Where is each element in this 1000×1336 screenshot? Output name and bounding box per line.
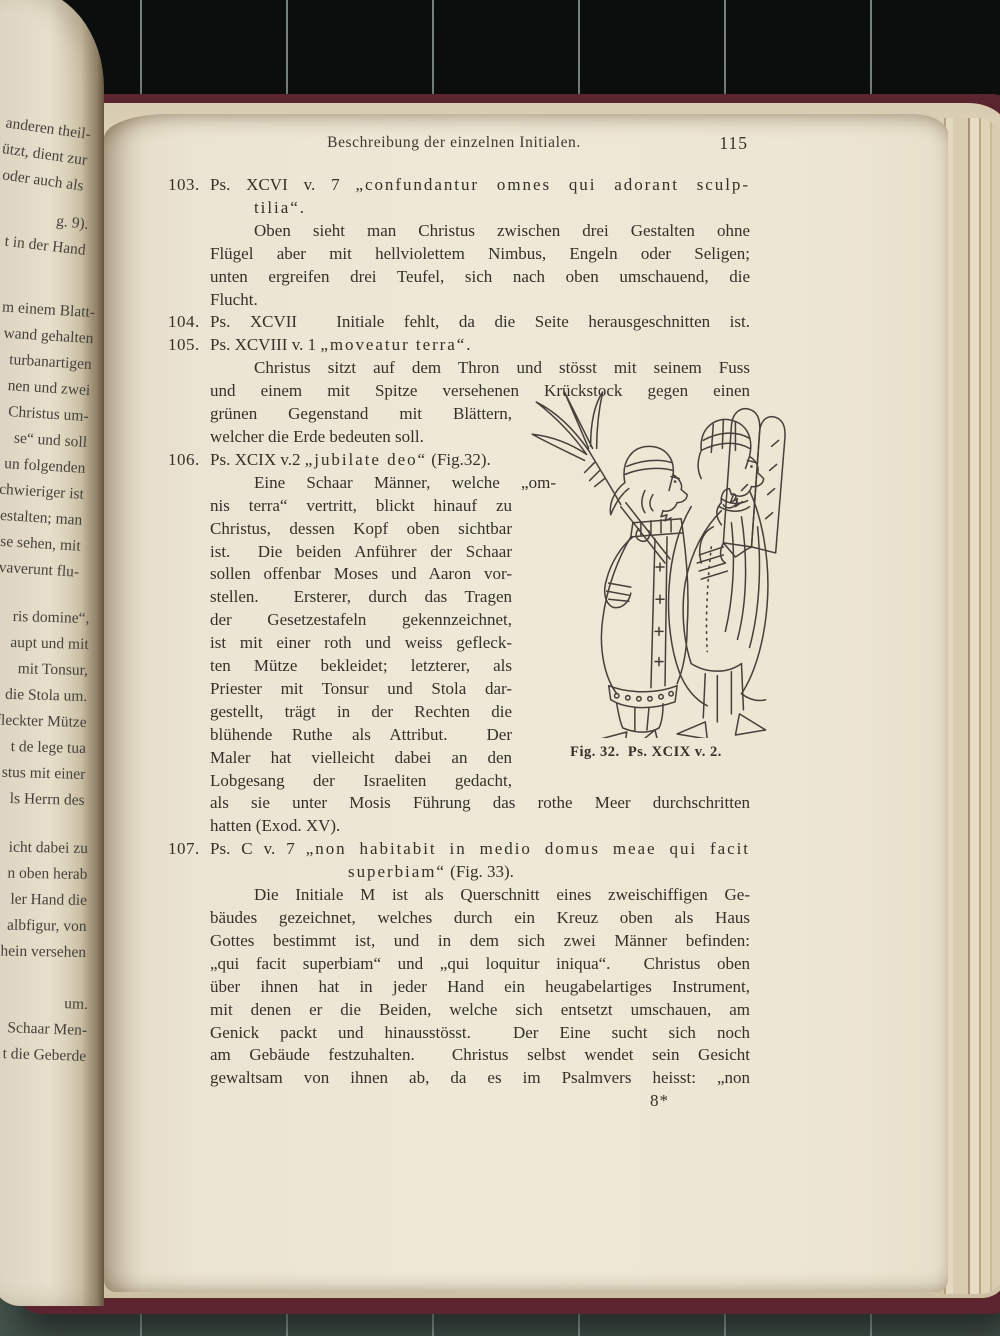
text-line: tilia“. (210, 197, 750, 220)
text-line: ten Mütze bekleidet; letzterer, als (210, 655, 512, 678)
text-segment: Flucht. (210, 290, 258, 309)
text-segment: Oben sieht man Christus zwischen drei Ge… (254, 221, 750, 240)
text-segment: Ps. XCIX v.2 (210, 450, 305, 469)
text-line: Oben sieht man Christus zwischen drei Ge… (210, 220, 750, 243)
left-page-line-fragment: albfigur, von (0, 912, 87, 940)
left-page-line-fragment: stus mit einer (0, 759, 86, 788)
text-segment: 8* (650, 1091, 669, 1110)
left-page-paragraph-fragment: ris domine“,aupt und mitmit Tonsur,die S… (0, 603, 90, 813)
text-segment: Priester mit Tonsur und Stola dar- (210, 679, 512, 698)
text-segment: Eine Schaar Männer, welche „om- (254, 473, 556, 492)
text-line: 106.Ps. XCIX v.2 „jubilate deo“ (Fig.32)… (210, 449, 512, 472)
text-line: 105.Ps. XCVIII v. 1 „moveatur terra“. (210, 334, 750, 357)
text-line: Christus, dessen Kopf oben sichtbar (210, 518, 512, 541)
latin-quote-spaced: „moveatur terra“. (320, 335, 472, 354)
latin-quote-spaced: „non habitabit in medio domus meae qui f… (306, 839, 750, 858)
text-segment: ten Mütze bekleidet; letzterer, als (210, 656, 512, 675)
running-title: Beschreibung der einzelnen Initialen. (184, 134, 724, 152)
text-segment: gestellt, trägt in der Rechten die (210, 702, 512, 721)
left-page-text-fragments: anderen theil-ützt, dient zuroder auch a… (0, 122, 97, 1070)
text-line: Flügel aber mit hellviolettem Nimbus, En… (210, 243, 750, 266)
text-segment: welcher die Erde bedeuten soll. (210, 427, 424, 446)
text-segment: am Gebäude festzuhalten. Christus selbst… (210, 1045, 750, 1064)
text-segment: (Fig.32). (427, 450, 491, 469)
left-page-paragraph-fragment: g. 9).t in der Hand (0, 201, 90, 264)
left-page-line-fragment: Schaar Men- (0, 1015, 87, 1044)
left-page-paragraph-fragment: anderen theil-ützt, dient zuroder auch a… (0, 109, 92, 200)
entry-number: 104. (168, 311, 200, 334)
entry-number: 103. (168, 174, 200, 197)
text-line: als sie unter Mosis Führung das rothe Me… (210, 792, 750, 815)
text-line: Die Initiale M ist als Querschnitt eines… (210, 884, 750, 907)
text-line: „qui facit superbiam“ und „qui loquitur … (210, 953, 750, 976)
entry-number: 107. (168, 838, 200, 861)
left-page-partial: anderen theil-ützt, dient zuroder auch a… (0, 0, 104, 1306)
entry-number: 105. (168, 334, 200, 357)
text-line: Maler hat vielleicht dabei an den (210, 747, 512, 770)
text-segment: Genick packt und hinausstösst. Der Eine … (210, 1023, 750, 1042)
latin-quote-spaced: tilia“. (254, 198, 306, 217)
fig-32-illustration (524, 386, 796, 738)
left-page-line-fragment: die Stola um. (0, 681, 88, 710)
text-segment: Lobgesang der Israeliten gedacht, (210, 771, 512, 790)
text-line: Priester mit Tonsur und Stola dar- (210, 678, 512, 701)
left-page-line-fragment: ler Hand die (0, 886, 87, 914)
text-line: bäudes gezeichnet, welches durch ein Kre… (210, 907, 750, 930)
text-line: ist. Die beiden Anführer der Schaar (210, 541, 512, 564)
text-line: Gottes bestimmt ist, und in dem sich zwe… (210, 930, 750, 953)
text-line: superbiam“ (Fig. 33). (210, 861, 750, 884)
left-page-line-fragment: ls Herrn des (0, 785, 85, 814)
entry-number: 106. (168, 449, 200, 472)
text-segment: Ps. XCVI v. 7 (210, 175, 355, 194)
figure-caption: Fig. 32. Ps. XCIX v. 2. (496, 744, 796, 761)
text-line: 103.Ps. XCVI v. 7 „confundantur omnes qu… (210, 174, 750, 197)
signature-mark: 8* (650, 1090, 750, 1113)
left-page-line-fragment: t die Geberde (0, 1041, 87, 1070)
text-segment: ist. Die beiden Anführer der Schaar (210, 542, 512, 561)
left-page-paragraph-fragment: um.Schaar Men-t die Geberde (0, 989, 88, 1070)
latin-quote-spaced: superbiam“ (348, 862, 446, 881)
text-segment: Ps. XCVIII v. 1 (210, 335, 320, 354)
text-line: 104.Ps. XCVII Initiale fehlt, da die Sei… (210, 311, 750, 334)
text-line: ist mit einer roth und weiss gefleck- (210, 632, 512, 655)
text-line: am Gebäude festzuhalten. Christus selbst… (210, 1044, 750, 1067)
text-segment: mit denen er die Beiden, welche sich ent… (210, 1000, 750, 1019)
latin-quote-spaced: „confundantur omnes qui adorant sculp- (355, 175, 750, 194)
text-line: gewaltsam von ihnen ab, da es im Psalmve… (210, 1067, 750, 1090)
text-line: sollen offenbar Moses und Aaron vor- (210, 563, 512, 586)
text-segment: Die Initiale M ist als Querschnitt eines… (254, 885, 750, 904)
text-segment: Gottes bestimmt ist, und in dem sich zwe… (210, 931, 750, 950)
text-line: grünen Gegenstand mit Blättern, (210, 403, 512, 426)
text-line: über ihnen hat in jeder Hand ein heugabe… (210, 976, 750, 999)
left-page-line-fragment: aupt und mit (0, 629, 89, 658)
text-line: stellen. Ersterer, durch das Tragen (210, 586, 512, 609)
text-segment: stellen. Ersterer, durch das Tragen (210, 587, 512, 606)
text-segment: Christus, dessen Kopf oben sichtbar (210, 519, 512, 538)
text-segment: hatten (Exod. XV). (210, 816, 340, 835)
left-page-line-fragment: hein versehen (0, 938, 86, 966)
text-line: Lobgesang der Israeliten gedacht, (210, 770, 512, 793)
text-segment: nis terra“ vertritt, blickt hinauf zu (210, 496, 512, 515)
text-line: Eine Schaar Männer, welche „om- (210, 472, 556, 495)
text-line: hatten (Exod. XV). (210, 815, 750, 838)
text-line: Genick packt und hinausstösst. Der Eine … (210, 1022, 750, 1045)
text-segment: bäudes gezeichnet, welches durch ein Kre… (210, 908, 750, 927)
text-segment: (Fig. 33). (446, 862, 514, 881)
two-figures-drawing (524, 386, 796, 738)
text-line: unten ergreifen drei Teufel, sich nach o… (210, 266, 750, 289)
text-segment: „qui facit superbiam“ und „qui loquitur … (210, 954, 750, 973)
text-segment: Flügel aber mit hellviolettem Nimbus, En… (210, 244, 750, 263)
text-segment: als sie unter Mosis Führung das rothe Me… (210, 793, 750, 812)
text-line: nis terra“ vertritt, blickt hinauf zu (210, 495, 512, 518)
text-segment: Ps. XCVII Initiale fehlt, da die Seite h… (210, 312, 750, 331)
right-page: Beschreibung der einzelnen Initialen. 11… (104, 114, 948, 1292)
text-segment: grünen Gegenstand mit Blättern, (210, 404, 512, 423)
text-line: der Gesetzestafeln gekennzeichnet, (210, 609, 512, 632)
left-page-paragraph-fragment: icht dabei zun oben herabler Hand diealb… (0, 834, 88, 966)
text-segment: Ps. C v. 7 (210, 839, 306, 858)
left-page-paragraph-fragment: m einem Blatt-wand gehaltenturbanartigen… (0, 294, 96, 585)
text-line: welcher die Erde bedeuten soll. (210, 426, 512, 449)
text-line: gestellt, trägt in der Rechten die (210, 701, 512, 724)
text-segment: über ihnen hat in jeder Hand ein heugabe… (210, 977, 750, 996)
text-segment: blühende Ruthe als Attribut. Der (210, 725, 512, 744)
text-segment: gewaltsam von ihnen ab, da es im Psalmve… (210, 1068, 750, 1087)
left-page-line-fragment: t de lege tua (0, 733, 86, 762)
fore-edge-page-lines (944, 118, 1000, 1294)
text-line: Flucht. (210, 289, 750, 312)
text-segment: der Gesetzestafeln gekennzeichnet, (210, 610, 512, 629)
text-segment: Maler hat vielleicht dabei an den (210, 748, 512, 767)
book-photo: anderen theil-ützt, dient zuroder auch a… (0, 0, 1000, 1336)
text-line: Christus sitzt auf dem Thron und stösst … (210, 357, 750, 380)
text-segment: unten ergreifen drei Teufel, sich nach o… (210, 267, 750, 286)
page-header: Beschreibung der einzelnen Initialen. 11… (210, 134, 750, 158)
left-page-line-fragment: evaverunt flu- (0, 554, 80, 586)
text-line: 107.Ps. C v. 7 „non habitabit in medio d… (210, 838, 750, 861)
text-line: mit denen er die Beiden, welche sich ent… (210, 999, 750, 1022)
latin-quote-spaced: „jubilate deo“ (305, 450, 427, 469)
text-segment: sollen offenbar Moses und Aaron vor- (210, 564, 512, 583)
text-segment: ist mit einer roth und weiss gefleck- (210, 633, 512, 652)
text-segment: Christus sitzt auf dem Thron und stösst … (254, 358, 750, 377)
text-line: blühende Ruthe als Attribut. Der (210, 724, 512, 747)
left-page-line-fragment: ris domine“, (0, 603, 90, 632)
page-number: 115 (719, 133, 748, 154)
left-page-line-fragment: um. (0, 989, 88, 1018)
left-page-line-fragment: mit Tonsur, (0, 655, 88, 684)
left-page-line-fragment: fleckter Mütze (0, 707, 87, 736)
left-page-line-fragment: n oben herab (0, 860, 88, 888)
left-page-line-fragment: Christus um- (0, 398, 89, 430)
left-page-line-fragment: icht dabei zu (0, 834, 88, 862)
